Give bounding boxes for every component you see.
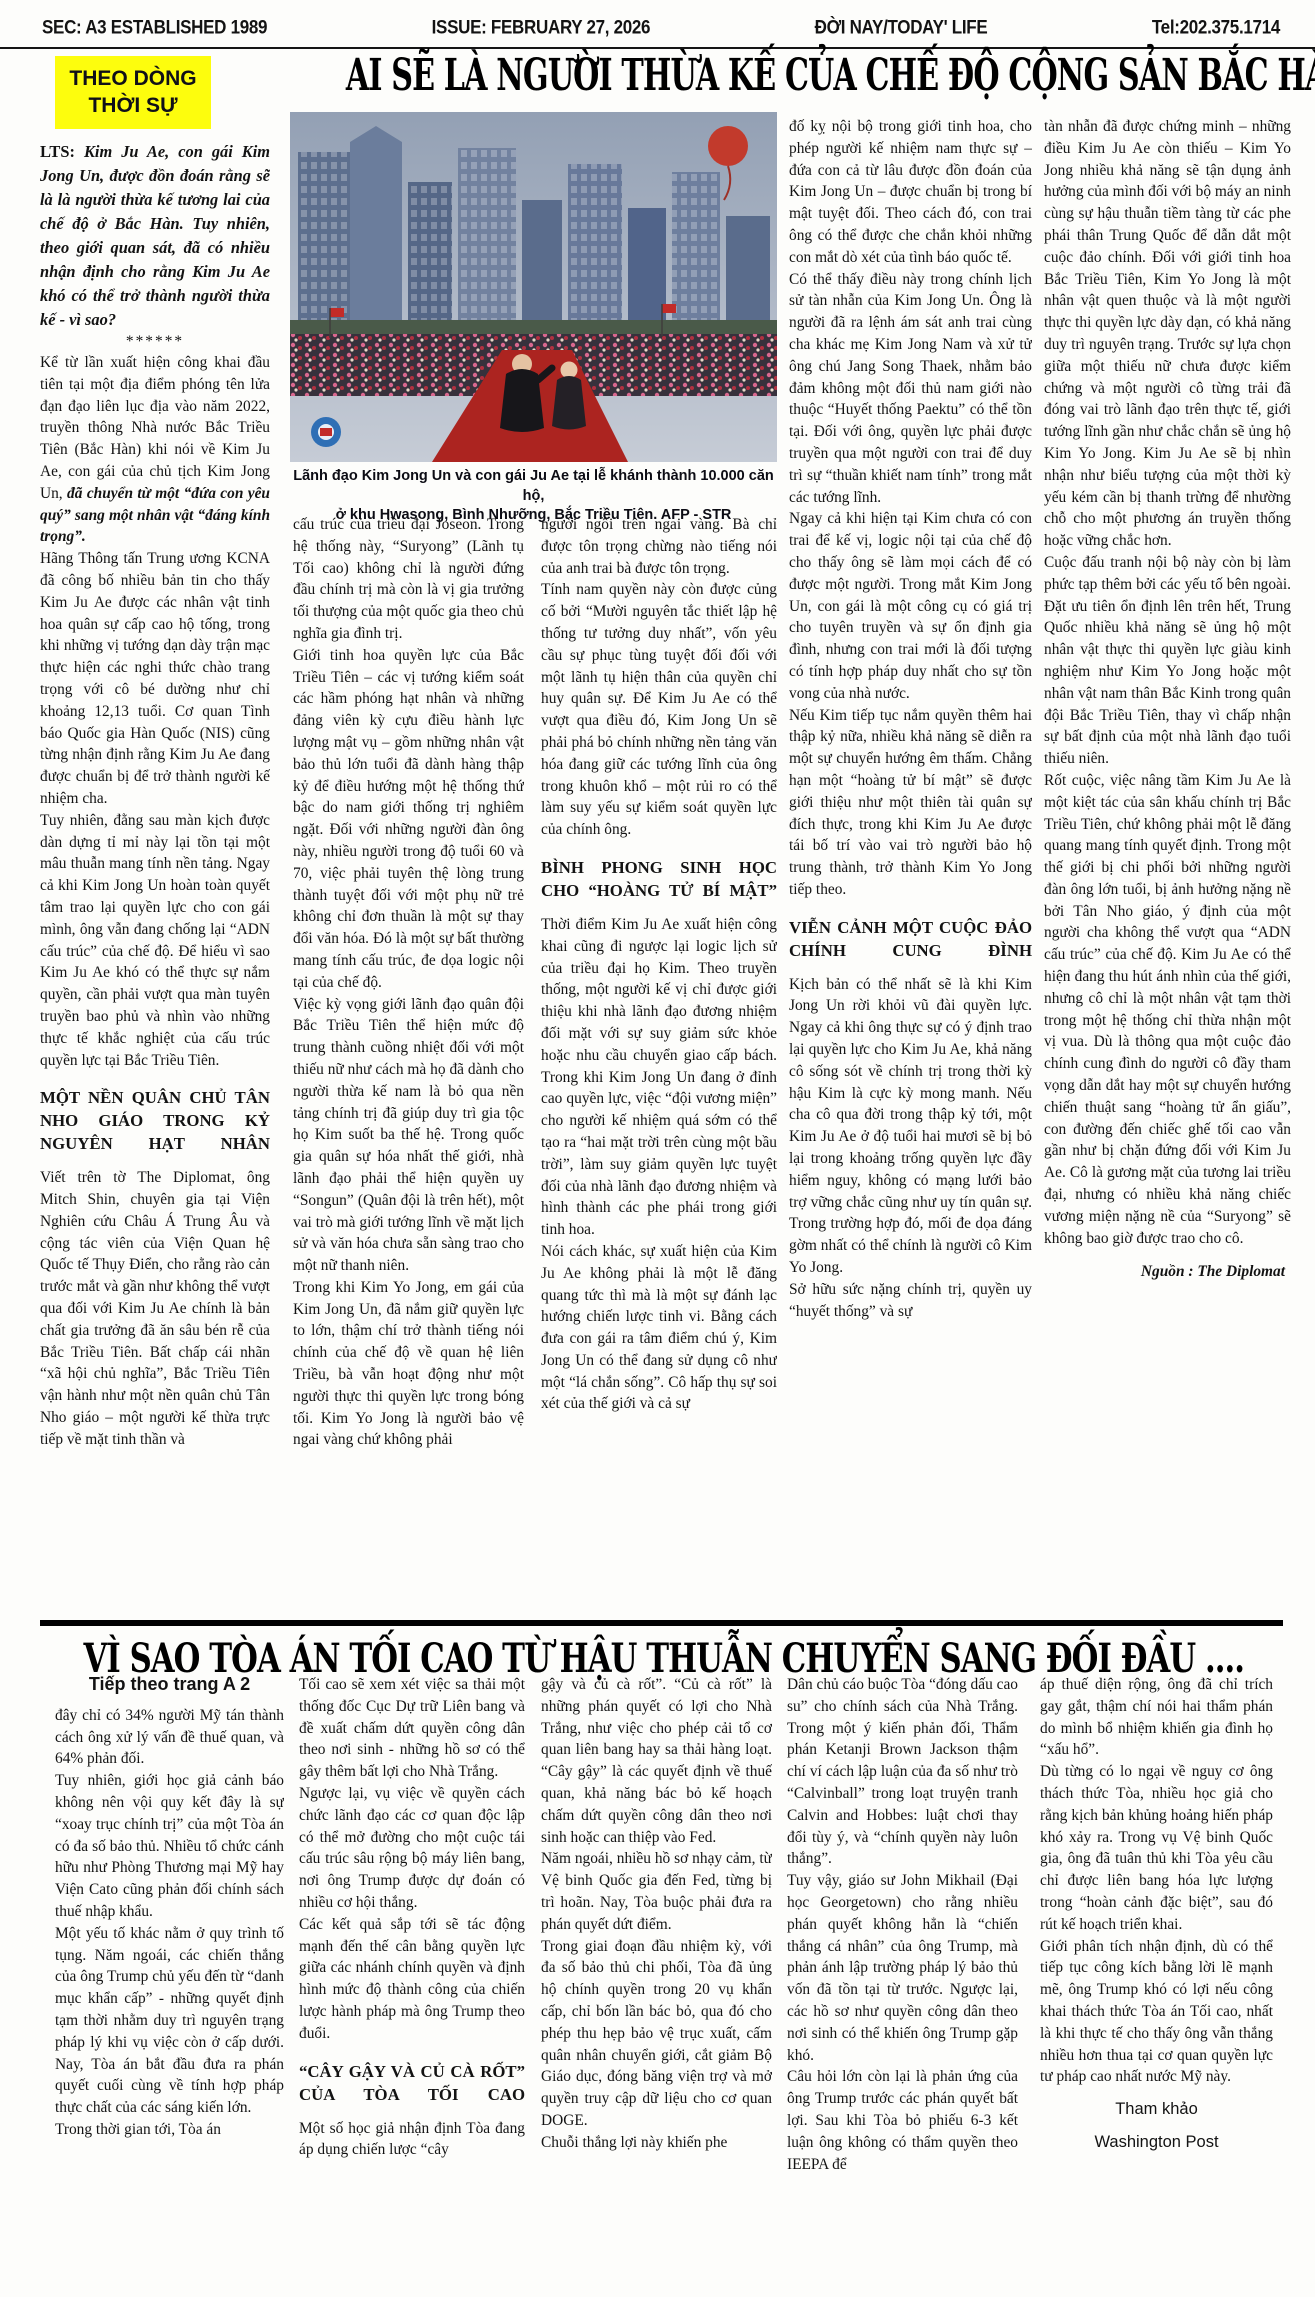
kicker-line1: THEO DÒNG [59, 65, 207, 92]
paragraph-body: Nói cách khác, sự xuất hiện của Kim Ju A… [541, 1241, 777, 1415]
paragraph-body: Trong khi Kim Yo Jong, em gái của Kim Jo… [293, 1277, 524, 1451]
paragraph-body: Dù từng có lo ngại về nguy cơ ông thách … [1040, 1761, 1273, 1935]
article2-column-4: Dân chủ cáo buộc Tòa “đóng dấu cao su” c… [787, 1674, 1018, 2288]
article-photo [290, 112, 777, 462]
paragraph-body: Nếu Kim tiếp tục nắm quyền thêm hai thập… [789, 705, 1032, 901]
paragraph-body: Cuộc đấu tranh nội bộ này còn bị làm phứ… [1044, 552, 1291, 770]
paragraph-body: Giới tinh hoa quyền lực của Bắc Triều Ti… [293, 645, 524, 994]
paragraph-body: đố kỵ nội bộ trong giới tinh hoa, cho ph… [789, 116, 1032, 269]
paragraph-body: Giới phân tích nhận định, dù có thể tiếp… [1040, 1936, 1273, 2089]
paragraph-body: Viết trên tờ The Diplomat, ông Mitch Shi… [40, 1167, 270, 1450]
paragraph-body: gậy và củ cà rốt”. “Củ cà rốt” là những … [541, 1674, 772, 1848]
paragraph-body: đây chỉ có 34% người Mỹ tán thành cách ô… [55, 1705, 284, 1770]
article1-column-4: đố kỵ nội bộ trong giới tinh hoa, cho ph… [789, 116, 1032, 1568]
paragraph-body: Tối cao sẽ xem xét việc sa thải một thốn… [299, 1674, 525, 1783]
paragraph-body: Ngay cả khi hiện tại Kim chưa có con tra… [789, 508, 1032, 704]
photo-watermark-logo [311, 417, 341, 447]
paragraph-subhead: VIỄN CẢNH MỘT CUỘC ĐẢO CHÍNH CUNG ĐÌNH [789, 916, 1032, 962]
paragraph-body: Ngược lại, vụ việc về quyền cách chức lã… [299, 1783, 525, 1914]
paragraph-body: Một số học giả nhận định Tòa đang áp dụn… [299, 2118, 525, 2162]
paragraph-body: Hãng Thông tấn Trung ương KCNA đã công b… [40, 548, 270, 810]
kicker-line2: THỜI SỰ [59, 92, 207, 119]
article2-column-5: áp thuế diện rộng, ông đã chỉ trích gay … [1040, 1674, 1273, 2288]
paragraph-body: Tuy vậy, giáo sư John Mikhail (Đại học G… [787, 1870, 1018, 2066]
paragraph-body: Rốt cuộc, việc nâng tầm Kim Ju Ae là một… [1044, 770, 1291, 1250]
article1-column-2: cấu trúc của triều đại Joseon. Trong hệ … [293, 514, 524, 1566]
paragraph-credit: Tham khảo [1040, 2098, 1273, 2121]
paragraph-body: Trong giai đoạn đầu nhiệm kỳ, với đa số … [541, 1936, 772, 2132]
article2-column-2: Tối cao sẽ xem xét việc sa thải một thốn… [299, 1674, 525, 2288]
paragraph-stars: ****** [40, 332, 270, 352]
paragraph-body: Câu hỏi lớn còn lại là phản ứng của ông … [787, 2066, 1018, 2175]
paragraph-source: Nguồn : The Diplomat [1044, 1261, 1291, 1283]
header-bar: SEC: A3 ESTABLISHED 1989 ISSUE: FEBRUARY… [42, 16, 1280, 39]
paragraph-lede: LTS: Kim Ju Ae, con gái Kim Jong Un, đượ… [40, 140, 270, 332]
paragraph-body: người ngồi trên ngai vàng. Bà chỉ được t… [541, 514, 777, 579]
paragraph-body: áp thuế diện rộng, ông đã chỉ trích gay … [1040, 1674, 1273, 1761]
paragraph-body: Trong thời gian tới, Tòa án [55, 2119, 284, 2141]
paragraph-credit: Washington Post [1040, 2131, 1273, 2154]
paragraph-body: Việc kỳ vọng giới lãnh đạo quân đội Bắc … [293, 994, 524, 1277]
paragraph-body: Có thể thấy điều này trong chính lịch sử… [789, 269, 1032, 509]
telephone: Tel:202.375.1714 [1152, 16, 1280, 39]
paragraph-body: Sở hữu sức nặng chính trị, quyền uy “huy… [789, 1279, 1032, 1323]
article2-column-3: gậy và củ cà rốt”. “Củ cà rốt” là những … [541, 1674, 772, 2288]
paragraph-subhead: MỘT NỀN QUÂN CHỦ TÂN NHO GIÁO TRONG KỶ N… [40, 1086, 270, 1155]
paragraph-body: Tuy nhiên, đằng sau màn kịch được dàn dự… [40, 810, 270, 1072]
paragraph-body: cấu trúc của triều đại Joseon. Trong hệ … [293, 514, 524, 645]
article1-headline: AI SẼ LÀ NGƯỜI THỪA KẾ CỦA CHẾ ĐỘ CỘNG S… [346, 50, 1180, 101]
section-kicker-box: THEO DÒNG THỜI SỰ [55, 56, 211, 129]
paragraph-body: Chuỗi thắng lợi này khiến phe [541, 2132, 772, 2154]
newspaper-page: SEC: A3 ESTABLISHED 1989 ISSUE: FEBRUARY… [0, 0, 1315, 2297]
paragraph-body: Tính nam quyền này còn được củng cố bởi … [541, 579, 777, 841]
photo-illustration [290, 112, 777, 462]
paragraph-body: Tuy nhiên, giới học giả cảnh báo không n… [55, 1770, 284, 1923]
paragraph-body: Kịch bản có thể nhất sẽ là khi Kim Jong … [789, 974, 1032, 1279]
photo-caption-line1: Lãnh đạo Kim Jong Un và con gái Ju Ae tạ… [281, 467, 786, 506]
paragraph-body: Dân chủ cáo buộc Tòa “đóng dấu cao su” c… [787, 1674, 1018, 1870]
article2-column-1: Tiếp theo trang A 2đây chỉ có 34% người … [55, 1674, 284, 2288]
paragraph-body: tàn nhẫn đã được chứng minh – những điều… [1044, 116, 1291, 552]
article1-column-3: người ngồi trên ngai vàng. Bà chỉ được t… [541, 514, 777, 1566]
paragraph-subhead: BÌNH PHONG SINH HỌC CHO “HOÀNG TỬ BÍ MẬT… [541, 856, 777, 902]
paragraph-body: Thời điểm Kim Ju Ae xuất hiện công khai … [541, 914, 777, 1241]
issue-date: ISSUE: FEBRUARY 27, 2026 [432, 16, 651, 39]
article1-column-5: tàn nhẫn đã được chứng minh – những điều… [1044, 116, 1291, 1568]
paragraph-subhead: “CÂY GẬY VÀ CỦ CÀ RỐT” CỦA TÒA TỐI CAO [299, 2060, 525, 2106]
masthead: ĐỜI NAY/TODAY' LIFE [815, 16, 988, 39]
paragraph-body: Kể từ lần xuất hiện công khai đầu tiên t… [40, 352, 270, 548]
header-rule [0, 47, 1315, 49]
paragraph-kicker: Tiếp theo trang A 2 [55, 1674, 284, 1696]
section-divider-rule [40, 1620, 1283, 1626]
section-label: SEC: A3 ESTABLISHED 1989 [42, 16, 267, 39]
paragraph-body: Năm ngoái, nhiều hồ sơ nhạy cảm, từ Vệ b… [541, 1848, 772, 1935]
paragraph-body: Một yếu tố khác nằm ở quy trình tố tụng.… [55, 1923, 284, 2119]
paragraph-body: Các kết quả sắp tới sẽ tác động mạnh đến… [299, 1914, 525, 2045]
article1-column-1: LTS: Kim Ju Ae, con gái Kim Jong Un, đượ… [40, 140, 270, 1568]
